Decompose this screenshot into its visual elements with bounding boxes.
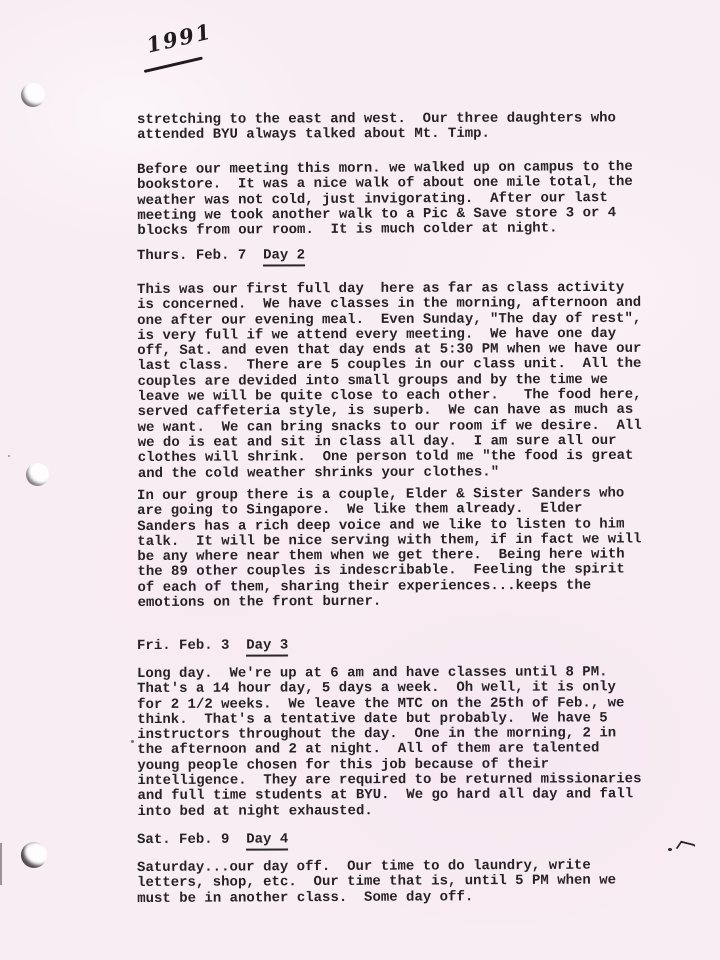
paragraph-day-4: Saturday...our day off. Our time to do l… bbox=[137, 858, 682, 907]
entry-heading-day-4: Sat. Feb. 9 Day 4 bbox=[137, 831, 682, 848]
paragraph-campus-walk: Before our meeting this morn. we walked … bbox=[137, 160, 682, 240]
year-underline bbox=[144, 57, 203, 73]
paragraph-day-2: This was our first full day here as far … bbox=[137, 281, 683, 482]
entry-date-day-2: Thurs. Feb. 7 bbox=[137, 248, 263, 264]
entry-date-day-3: Fri. Feb. 3 bbox=[137, 638, 246, 654]
entry-day-label-day-2: Day 2 bbox=[263, 247, 305, 266]
scan-edge-artifact bbox=[0, 843, 2, 885]
ink-smudge-mark bbox=[676, 841, 697, 853]
entry-heading-day-2: Thurs. Feb. 7 Day 2 bbox=[137, 247, 682, 264]
paragraph-mt-timp: stretching to the east and west. Our thr… bbox=[137, 111, 682, 143]
entry-date-day-4: Sat. Feb. 9 bbox=[137, 832, 246, 848]
handwritten-year-note: 1991 bbox=[144, 18, 214, 57]
entry-day-label-day-4: Day 4 bbox=[246, 831, 288, 850]
paper-speck bbox=[8, 455, 10, 457]
entry-day-label-day-3: Day 3 bbox=[246, 637, 288, 656]
punch-hole-top bbox=[21, 83, 45, 107]
punch-hole-middle bbox=[26, 463, 49, 486]
paragraph-elder-sanders: In our group there is a couple, Elder & … bbox=[137, 486, 683, 611]
scanned-journal-page: 1991 stretching to the east and west. Ou… bbox=[0, 0, 720, 960]
punch-hole-bottom bbox=[21, 842, 47, 868]
entry-heading-day-3: Fri. Feb. 3 Day 3 bbox=[137, 637, 682, 654]
paper-speck bbox=[131, 740, 134, 743]
paragraph-day-3: Long day. We're up at 6 am and have clas… bbox=[137, 665, 683, 820]
ink-smudge-dot bbox=[668, 848, 672, 851]
